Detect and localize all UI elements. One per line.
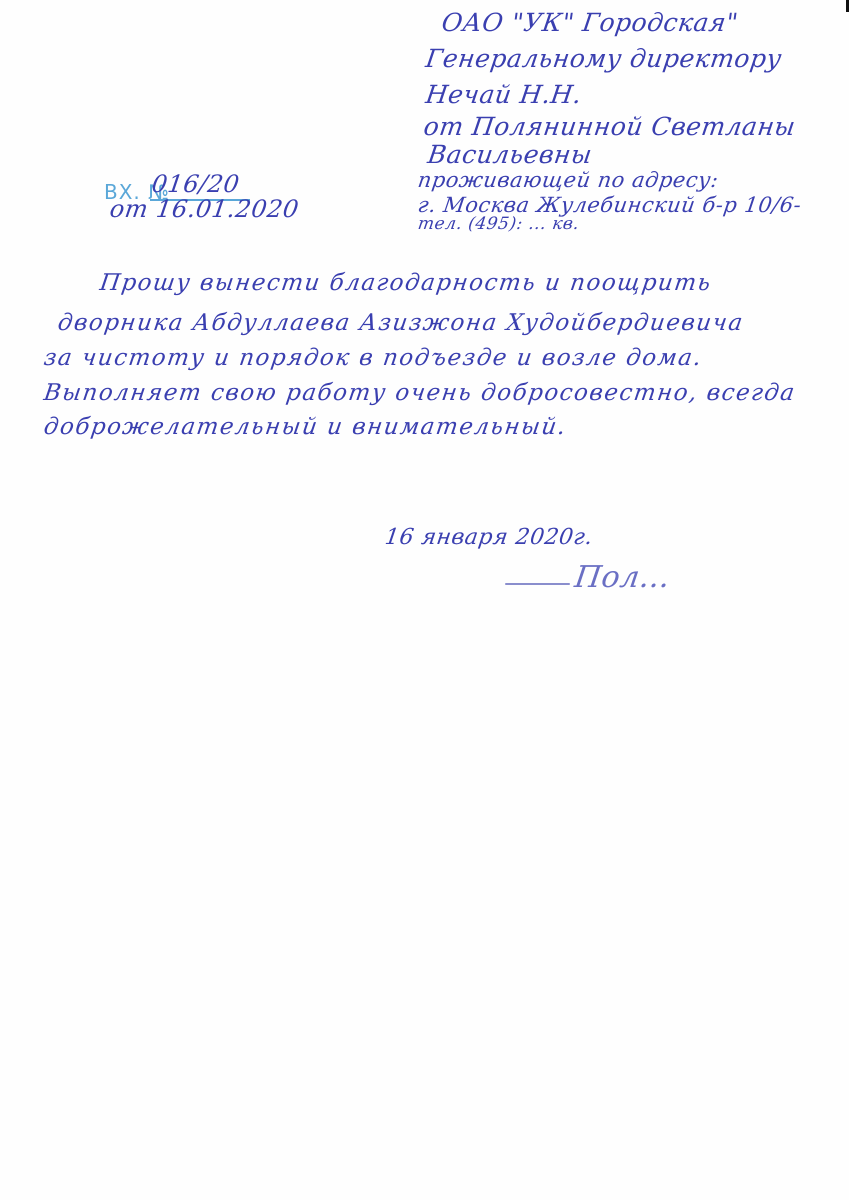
body-line: Прошу вынести благодарность и поощрить [98,270,713,296]
body-line: за чистоту и порядок в подъезде и возле … [42,345,704,371]
signature-line [505,583,570,585]
body-line: Выполняет свою работу очень добросовестн… [42,380,797,406]
signature: Пол... [573,560,673,595]
sender-line-address-label: проживающей по адресу: [416,168,720,192]
closing-date: 16 января 2020г. [383,525,594,550]
sender-line-name: от Полянинной Светланы [422,112,798,141]
addressee-line-org: ОАО "УК" Городская" [440,8,740,37]
scanned-letter-page: ОАО "УК" Городская" Генеральному директо… [0,0,849,1200]
body-line: дворника Абдуллаева Азизжона Худойбердие… [56,310,745,336]
stamp-date: от 16.01.2020 [108,195,301,223]
addressee-line-name: Нечай Н.Н. [424,80,584,109]
stamp-number: 016/20 [150,170,241,198]
addressee-line-position: Генеральному директору [424,44,784,73]
body-line: доброжелательный и внимательный. [42,414,568,440]
sender-line-patronymic: Васильевны [426,140,594,169]
sender-line-phone: тел. (495): ... кв. [417,214,581,234]
